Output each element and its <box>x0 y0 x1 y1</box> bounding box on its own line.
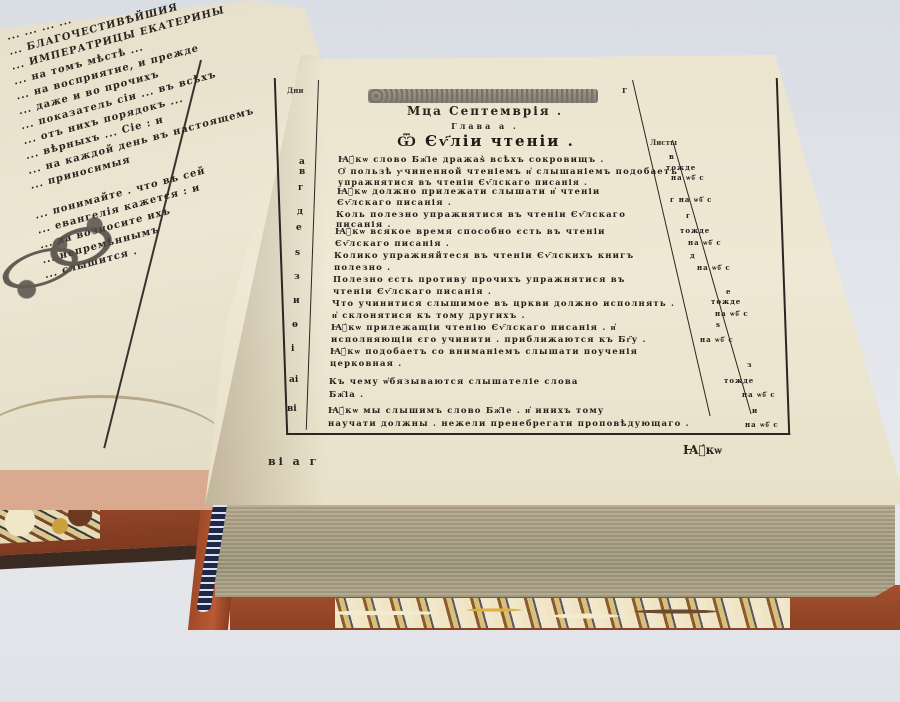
photo-scene: ... ... ... ... ... БЛАГОЧЕСТИВѢЙШИЯ ...… <box>0 0 900 702</box>
reference-number: и <box>752 406 758 415</box>
entry-line: и҆ склонятися къ тому другихъ . <box>332 310 526 322</box>
reference-text: на ѡб҃ с <box>745 420 779 429</box>
reference-text: тожде <box>666 163 696 172</box>
reference-text: на ѡб҃ с <box>715 309 749 318</box>
entry-line: полезно . <box>334 262 391 274</box>
entry-number: з <box>294 272 300 282</box>
entry-line: Ꙗ҆́кѡ всякое время способно єсть въ чтен… <box>335 226 606 238</box>
entry-line: церковная . <box>330 358 402 370</box>
entry-line: Єѵ҃лскаго писанія . <box>335 238 450 250</box>
marbled-cover-paper-bottom <box>335 598 790 628</box>
entry-line: исполняющіи єго учинити . приближаются к… <box>331 334 647 346</box>
reference-number: г <box>686 211 691 220</box>
entry-number: аі <box>289 375 298 385</box>
reference-text: г на ѡб҃ с <box>670 195 712 204</box>
headpiece-ornament-icon <box>368 89 598 103</box>
entry-line: Ꙗ҆́кѡ мы слышимъ слово Бж҃іе . и҆ инихъ … <box>328 405 605 417</box>
entry-number: ѳ <box>292 320 298 330</box>
chapter-label: Глава а . <box>420 121 550 131</box>
reference-number: з <box>747 360 752 369</box>
entry-number: ѕ <box>295 248 300 258</box>
reference-text: на ѡб҃ с <box>697 263 731 272</box>
reference-text: тожде <box>724 376 754 385</box>
entry-line: Колико упражняйтеся въ чтеніи Єѵ҃лскихъ … <box>334 250 634 262</box>
chapter-heading: Ѿ Єѵ҃ліи чтеніи . <box>376 132 596 151</box>
entry-number: в <box>299 167 305 177</box>
reference-number: д <box>690 251 696 260</box>
entry-line: Бж҃іа . <box>329 389 364 401</box>
fore-edge-page-block <box>215 497 895 597</box>
entry-number: и <box>293 296 300 306</box>
reference-text: на ѡб҃ с <box>688 238 722 247</box>
entry-line: научати должны . нежели пренебрегати про… <box>328 418 690 430</box>
corner-label-right: г <box>622 86 628 96</box>
entry-line: Къ чему ѡ҆бязываются слышателіе слова <box>329 376 579 388</box>
entry-line: Ꙗ҆́кѡ прилежащіи чтенію Єѵ҃лскаго писані… <box>331 322 617 334</box>
reference-number: е <box>726 287 731 296</box>
catchword: Ꙗ҆́кѡ <box>683 443 722 458</box>
reference-number: ѕ <box>716 320 721 329</box>
entry-line: Полезно єсть противу прочихъ упражнятися… <box>333 274 626 286</box>
entry-number: і <box>291 344 294 354</box>
entry-number: г <box>298 183 304 193</box>
entry-number: е <box>296 223 302 233</box>
entry-line: Ꙗ҆́кѡ слово Бж҃іе дражаѕ̀ всѣхъ сокровищ… <box>338 154 605 166</box>
entry-line: Єѵ҃лскаго писанія . <box>337 197 452 209</box>
entry-line: Что учинитися слышимое въ цркви должно и… <box>332 298 675 310</box>
entry-line: Ꙗ҆́кѡ подобаетъ со вниманіемъ слышати по… <box>330 346 638 358</box>
entry-number: д <box>297 207 303 217</box>
reference-number: в <box>669 152 675 161</box>
reference-text: тожде <box>680 226 710 235</box>
entry-number: ві <box>287 404 297 414</box>
entry-line: чтеніи Єѵ҃лскаго писанія . <box>333 286 492 298</box>
reference-text: на ѡб҃ с <box>742 390 776 399</box>
page-title: Мца Септемврія . <box>400 104 570 118</box>
page-signature: ві а г <box>268 455 319 468</box>
corner-label-days: Дни <box>287 86 304 95</box>
reference-text: на ѡб҃ с <box>700 335 734 344</box>
reference-text: тожде <box>711 297 741 306</box>
entry-number: а <box>299 157 305 167</box>
reference-text: на ѡб҃ с <box>671 173 705 182</box>
margin-header: Листы <box>650 138 677 147</box>
